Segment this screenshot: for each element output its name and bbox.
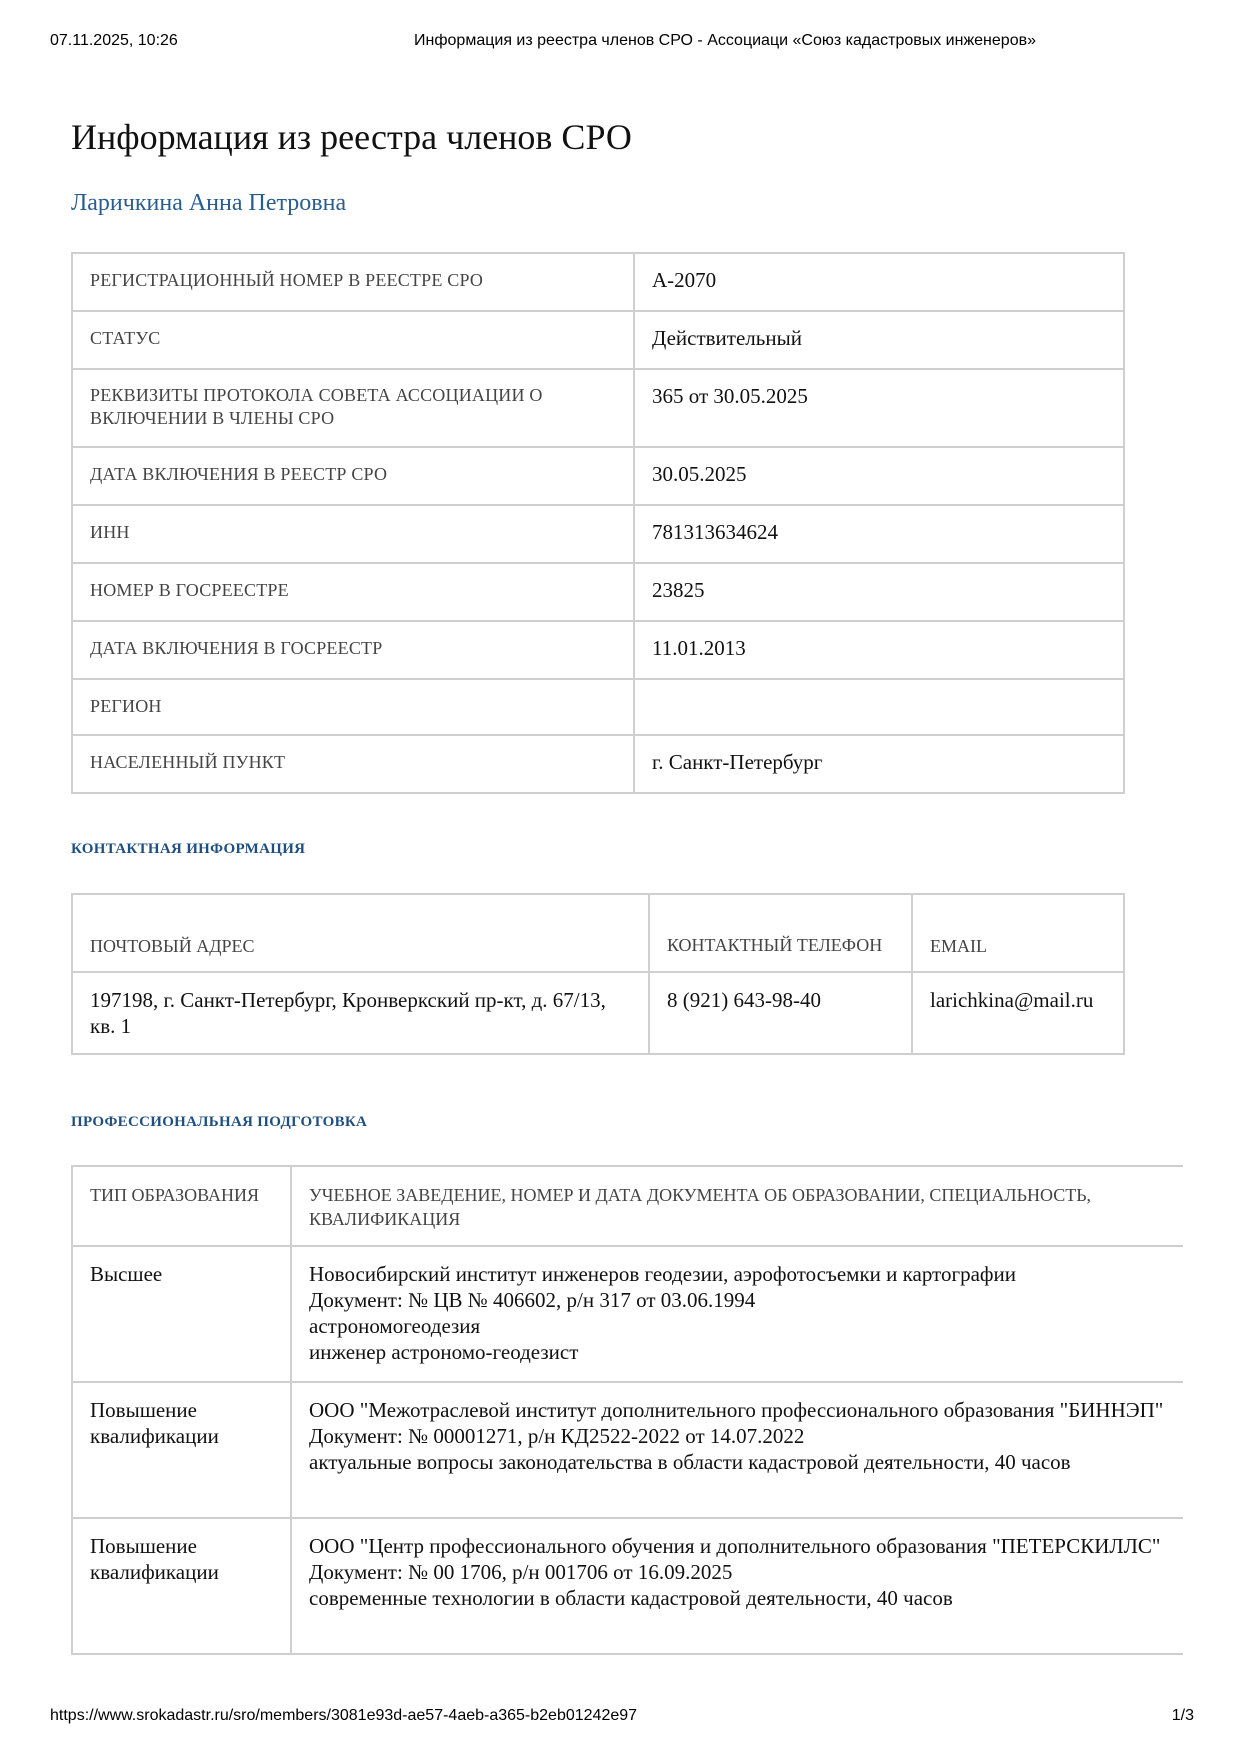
registry-value	[634, 679, 1124, 735]
member-name: Ларичкина Анна Петровна	[71, 190, 346, 217]
education-type: Повышение квалификации	[72, 1518, 291, 1654]
table-row: ДАТА ВКЛЮЧЕНИЯ В РЕЕСТР СРО 30.05.2025	[72, 447, 1124, 505]
table-row: РЕКВИЗИТЫ ПРОТОКОЛА СОВЕТА АССОЦИАЦИИ О …	[72, 369, 1124, 447]
page-title: Информация из реестра членов СРО	[71, 116, 632, 158]
specialty: современные технологии в области кадастр…	[309, 1585, 1166, 1611]
registry-label: РЕКВИЗИТЫ ПРОТОКОЛА СОВЕТА АССОЦИАЦИИ О …	[72, 369, 634, 447]
print-footer: https://www.srokadastr.ru/sro/members/30…	[0, 1705, 1240, 1727]
registry-label: РЕГИСТРАЦИОННЫЙ НОМЕР В РЕЕСТРЕ СРО	[72, 253, 634, 311]
column-header-education-details: УЧЕБНОЕ ЗАВЕДЕНИЕ, НОМЕР И ДАТА ДОКУМЕНТ…	[291, 1166, 1183, 1246]
contact-phone: 8 (921) 643-98-40	[649, 972, 912, 1054]
education-details: ООО "Межотраслевой институт дополнительн…	[291, 1382, 1183, 1518]
column-header-email: EMAIL	[912, 894, 1124, 972]
print-page-title: Информация из реестра членов СРО - Ассоц…	[0, 32, 1240, 50]
education-table: ТИП ОБРАЗОВАНИЯ УЧЕБНОЕ ЗАВЕДЕНИЕ, НОМЕР…	[71, 1165, 1183, 1655]
registry-label: ИНН	[72, 505, 634, 563]
column-header-address: ПОЧТОВЫЙ АДРЕС	[72, 894, 649, 972]
registry-value: 11.01.2013	[634, 621, 1124, 679]
institution: Новосибирский институт инженеров геодези…	[309, 1261, 1166, 1287]
registry-label: НОМЕР В ГОСРЕЕСТРЕ	[72, 563, 634, 621]
specialty: актуальные вопросы законодательства в об…	[309, 1449, 1166, 1475]
table-row: НОМЕР В ГОСРЕЕСТРЕ 23825	[72, 563, 1124, 621]
institution: ООО "Центр профессионального обучения и …	[309, 1533, 1166, 1559]
registry-label: НАСЕЛЕННЫЙ ПУНКТ	[72, 735, 634, 793]
qualification: инженер астрономо-геодезист	[309, 1339, 1166, 1365]
table-row: НАСЕЛЕННЫЙ ПУНКТ г. Санкт-Петербург	[72, 735, 1124, 793]
table-row: Высшее Новосибирский институт инженеров …	[72, 1246, 1183, 1382]
contact-email: larichkina@mail.ru	[912, 972, 1124, 1054]
column-header-phone: КОНТАКТНЫЙ ТЕЛЕФОН	[649, 894, 912, 972]
table-row: Повышение квалификации ООО "Центр профес…	[72, 1518, 1183, 1654]
column-header-education-type: ТИП ОБРАЗОВАНИЯ	[72, 1166, 291, 1246]
education-details: ООО "Центр профессионального обучения и …	[291, 1518, 1183, 1654]
registry-value: А-2070	[634, 253, 1124, 311]
table-row: Повышение квалификации ООО "Межотраслево…	[72, 1382, 1183, 1518]
registry-label: ДАТА ВКЛЮЧЕНИЯ В ГОСРЕЕСТР	[72, 621, 634, 679]
registry-value: 23825	[634, 563, 1124, 621]
page-indicator: 1/3	[1172, 1707, 1194, 1725]
document: Документ: № ЦВ № 406602, р/н 317 от 03.0…	[309, 1287, 1166, 1313]
registry-value: г. Санкт-Петербург	[634, 735, 1124, 793]
registry-label: ДАТА ВКЛЮЧЕНИЯ В РЕЕСТР СРО	[72, 447, 634, 505]
table-header-row: ПОЧТОВЫЙ АДРЕС КОНТАКТНЫЙ ТЕЛЕФОН EMAIL	[72, 894, 1124, 972]
document: Документ: № 00001271, р/н КД2522-2022 от…	[309, 1423, 1166, 1449]
registry-label: СТАТУС	[72, 311, 634, 369]
table-row: ИНН 781313634624	[72, 505, 1124, 563]
contact-section-heading: КОНТАКТНАЯ ИНФОРМАЦИЯ	[71, 841, 305, 858]
education-type: Повышение квалификации	[72, 1382, 291, 1518]
table-header-row: ТИП ОБРАЗОВАНИЯ УЧЕБНОЕ ЗАВЕДЕНИЕ, НОМЕР…	[72, 1166, 1183, 1246]
status-value: Действительный	[634, 311, 1124, 369]
registry-value: 365 от 30.05.2025	[634, 369, 1124, 447]
table-row: 197198, г. Санкт-Петербург, Кронверкский…	[72, 972, 1124, 1054]
registry-value: 30.05.2025	[634, 447, 1124, 505]
education-type: Высшее	[72, 1246, 291, 1382]
registry-value: 781313634624	[634, 505, 1124, 563]
document: Документ: № 00 1706, р/н 001706 от 16.09…	[309, 1559, 1166, 1585]
postal-address: 197198, г. Санкт-Петербург, Кронверкский…	[72, 972, 649, 1054]
table-row: РЕГИОН	[72, 679, 1124, 735]
registry-table: РЕГИСТРАЦИОННЫЙ НОМЕР В РЕЕСТРЕ СРО А-20…	[71, 252, 1125, 794]
contact-table: ПОЧТОВЫЙ АДРЕС КОНТАКТНЫЙ ТЕЛЕФОН EMAIL …	[71, 893, 1125, 1055]
print-header: 07.11.2025, 10:26 Информация из реестра …	[0, 30, 1240, 52]
page-url: https://www.srokadastr.ru/sro/members/30…	[50, 1707, 637, 1725]
registry-label: РЕГИОН	[72, 679, 634, 735]
institution: ООО "Межотраслевой институт дополнительн…	[309, 1397, 1166, 1423]
education-section-heading: ПРОФЕССИОНАЛЬНАЯ ПОДГОТОВКА	[71, 1114, 367, 1131]
table-row: РЕГИСТРАЦИОННЫЙ НОМЕР В РЕЕСТРЕ СРО А-20…	[72, 253, 1124, 311]
specialty: астрономогеодезия	[309, 1313, 1166, 1339]
education-details: Новосибирский институт инженеров геодези…	[291, 1246, 1183, 1382]
table-row: СТАТУС Действительный	[72, 311, 1124, 369]
table-row: ДАТА ВКЛЮЧЕНИЯ В ГОСРЕЕСТР 11.01.2013	[72, 621, 1124, 679]
